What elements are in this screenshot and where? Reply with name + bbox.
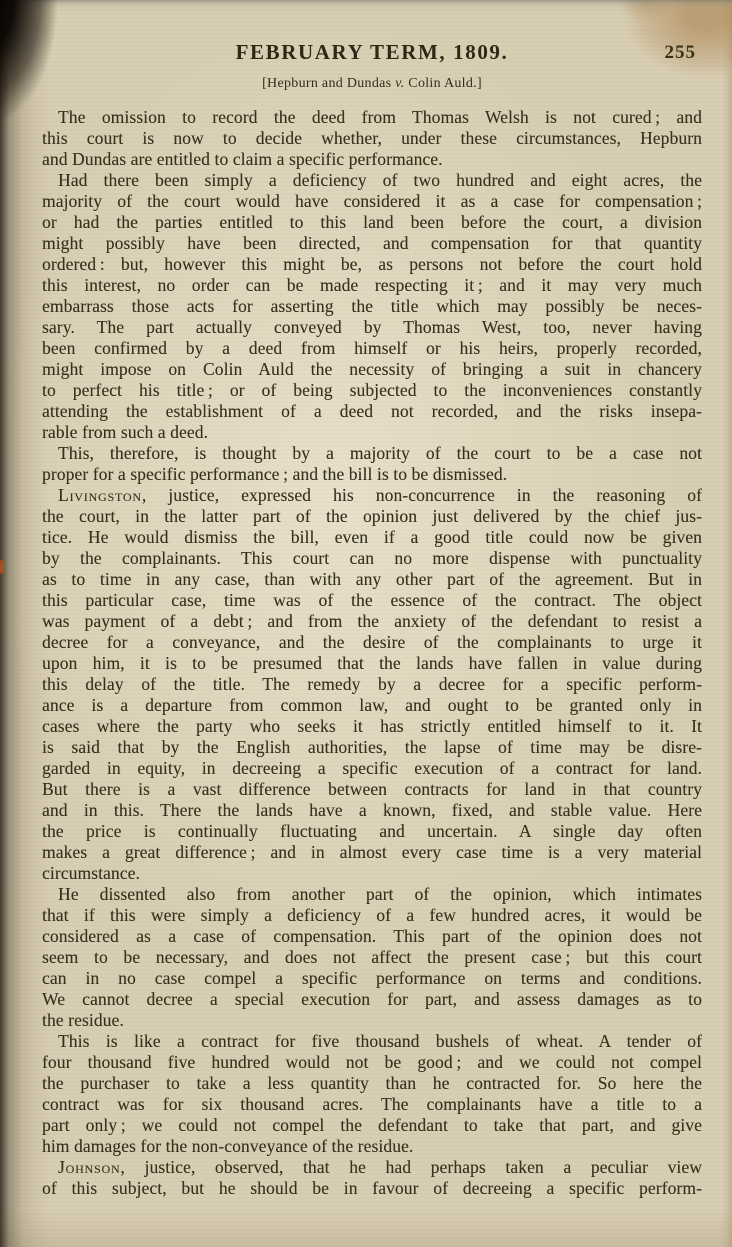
text-line: seem to be necessary, and does not affec… — [42, 947, 702, 968]
text-line: might impose on Colin Auld the necessity… — [42, 359, 702, 380]
text-line: attending the establishment of a deed no… — [42, 401, 702, 422]
paragraph: This, therefore, is thought by a majorit… — [42, 443, 702, 485]
text-line: decree for a conveyance, and the desire … — [42, 632, 702, 653]
paragraph: The omission to record the deed from Tho… — [42, 107, 702, 170]
page-title: FEBRUARY TERM, 1809. — [42, 40, 702, 65]
text-line: makes a great difference ; and in almost… — [42, 842, 702, 863]
text-line: this interest, no order can be made resp… — [42, 275, 702, 296]
text-line: Had there been simply a deficiency of tw… — [42, 170, 702, 191]
text-line: the price is continually fluctuating and… — [42, 821, 702, 842]
text-line: This, therefore, is thought by a majorit… — [42, 443, 702, 464]
text-line: or had the parties entitled to this land… — [42, 212, 702, 233]
scanned-page: FEBRUARY TERM, 1809. 255 [Hepburn and Du… — [0, 0, 732, 1247]
body-text: The omission to record the deed from Tho… — [42, 107, 702, 1199]
text-line: rable from such a deed. — [42, 422, 702, 443]
text-line: this court is now to decide whether, und… — [42, 128, 702, 149]
text-line: The omission to record the deed from Tho… — [42, 107, 702, 128]
text-line: upon him, it is to be presumed that the … — [42, 653, 702, 674]
case-caption: [Hepburn and Dundas v. Colin Auld.] — [42, 76, 702, 92]
text-line: Livingston, justice, expressed his non-c… — [42, 485, 702, 506]
text-line: the residue. — [42, 1010, 702, 1031]
case-caption-versus: v. — [395, 76, 404, 91]
text-line: embarrass those acts for asserting the t… — [42, 296, 702, 317]
text-line: this particular case, time was of the es… — [42, 590, 702, 611]
justice-name-smallcaps: Livingston — [58, 485, 142, 505]
text-line: that if this were simply a deficiency of… — [42, 905, 702, 926]
text-line: and Dundas are entitled to claim a speci… — [42, 149, 702, 170]
case-caption-close: Colin Auld.] — [405, 76, 482, 91]
text-line: ance is a departure from common law, and… — [42, 695, 702, 716]
paragraph: This is like a contract for five thousan… — [42, 1031, 702, 1157]
paragraph: Livingston, justice, expressed his non-c… — [42, 485, 702, 884]
text-line: This is like a contract for five thousan… — [42, 1031, 702, 1052]
text-line: is said that by the English authorities,… — [42, 737, 702, 758]
text-line: majority of the court would have conside… — [42, 191, 702, 212]
text-line: contract was for six thousand acres. The… — [42, 1094, 702, 1115]
page-header: FEBRUARY TERM, 1809. 255 — [42, 40, 702, 64]
text-line: But there is a vast difference between c… — [42, 779, 702, 800]
text-line: Johnson, justice, observed, that he had … — [42, 1157, 702, 1178]
text-line: can in no case compel a specific perform… — [42, 968, 702, 989]
text-line: and in this. There the lands have a know… — [42, 800, 702, 821]
text-line: tice. He would dismiss the bill, even if… — [42, 527, 702, 548]
text-line: ordered : but, however this might be, as… — [42, 254, 702, 275]
text-line: circumstance. — [42, 863, 702, 884]
text-line: the court, in the latter part of the opi… — [42, 506, 702, 527]
text-line: part only ; we could not compel the defe… — [42, 1115, 702, 1136]
text-line: by the complainants. This court can no m… — [42, 548, 702, 569]
text-line: been confirmed by a deed from himself or… — [42, 338, 702, 359]
case-caption-open: [Hepburn and Dundas — [262, 76, 395, 91]
text-line: four thousand five hundred would not be … — [42, 1052, 702, 1073]
text-line: the purchaser to take a less quantity th… — [42, 1073, 702, 1094]
text-line: proper for a specific performance ; and … — [42, 464, 702, 485]
text-line: him damages for the non-conveyance of th… — [42, 1136, 702, 1157]
paragraph: Had there been simply a deficiency of tw… — [42, 170, 702, 443]
text-line: sary. The part actually conveyed by Thom… — [42, 317, 702, 338]
text-line: to perfect his title ; or of being subje… — [42, 380, 702, 401]
text-line: as to time in any case, than with any ot… — [42, 569, 702, 590]
page-number: 255 — [665, 42, 697, 64]
text-line: garded in equity, in decreeing a specifi… — [42, 758, 702, 779]
paragraph: Johnson, justice, observed, that he had … — [42, 1157, 702, 1199]
text-line: this delay of the title. The remedy by a… — [42, 674, 702, 695]
text-line: considered as a case of compensation. Th… — [42, 926, 702, 947]
text-line: was payment of a debt ; and from the anx… — [42, 611, 702, 632]
text-line: cases where the party who seeks it has s… — [42, 716, 702, 737]
text-line: might possibly have been directed, and c… — [42, 233, 702, 254]
paragraph: He dissented also from another part of t… — [42, 884, 702, 1031]
justice-name-smallcaps: Johnson — [58, 1157, 120, 1177]
text-line: We cannot decree a special execution for… — [42, 989, 702, 1010]
text-line: He dissented also from another part of t… — [42, 884, 702, 905]
page-content: FEBRUARY TERM, 1809. 255 [Hepburn and Du… — [42, 40, 702, 1199]
ink-speck — [0, 560, 4, 574]
text-line: of this subject, but he should be in fav… — [42, 1178, 702, 1199]
